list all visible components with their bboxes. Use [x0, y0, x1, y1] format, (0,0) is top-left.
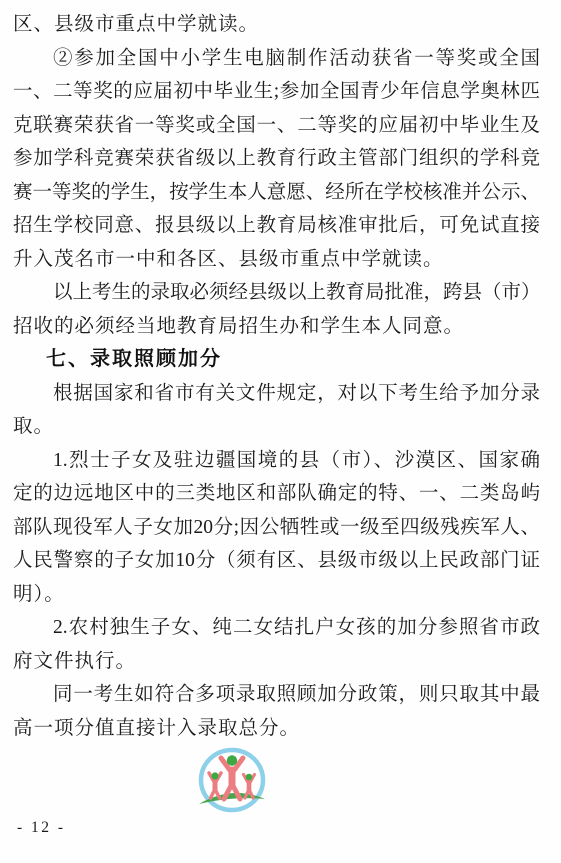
text-line: 赛一等奖的学生，按学生本人意愿、经所在学校核准并公示、: [13, 176, 540, 210]
text-line: 明）。: [13, 578, 540, 612]
text-line: 区、县级市重点中学就读。: [13, 8, 540, 42]
text-line: 1.烈士子女及驻边疆国境的县（市）、沙漠区、国家确: [13, 444, 540, 478]
text-line: 2.农村独生子女、纯二女结扎户女孩的加分参照省市政: [13, 611, 540, 645]
text-line: 升入茂名市一中和各区、县级市重点中学就读。: [13, 243, 540, 277]
text-line: 参加学科竞赛荣获省级以上教育行政主管部门组织的学科竞: [13, 142, 540, 176]
document-page: 区、县级市重点中学就读。②参加全国中小学生电脑制作活动获省一等奖或全国一、二等奖…: [0, 0, 561, 863]
section-heading: 七、录取照顾加分: [13, 343, 540, 377]
text-line: 一、二等奖的应届初中毕业生;参加全国青少年信息学奥林匹: [13, 75, 540, 109]
text-line: 克联赛荣获省一等奖或全国一、二等奖的应届初中毕业生及: [13, 109, 540, 143]
text-line: 以上考生的录取必须经县级以上教育局批准，跨县（市）: [13, 276, 540, 310]
text-line: 部队现役军人子女加20分;因公牺牲或一级至四级残疾军人、: [13, 511, 540, 545]
text-line: 同一考生如符合多项录取照顾加分政策，则只取其中最: [13, 678, 540, 712]
text-line: 人民警察的子女加10分（须有区、县级市级以上民政部门证: [13, 544, 540, 578]
children-figures-logo-icon: [196, 747, 268, 817]
school-logo: [196, 747, 268, 817]
text-line: 根据国家和省市有关文件规定，对以下考生给予加分录: [13, 377, 540, 411]
text-line: 招收的必须经当地教育局招生办和学生本人同意。: [13, 310, 540, 344]
text-line: 定的边远地区中的三类地区和部队确定的特、一、二类岛屿: [13, 477, 540, 511]
text-body: 区、县级市重点中学就读。②参加全国中小学生电脑制作活动获省一等奖或全国一、二等奖…: [13, 8, 540, 745]
text-line: 府文件执行。: [13, 645, 540, 679]
text-line: 招生学校同意、报县级以上教育局核准审批后，可免试直接: [13, 209, 540, 243]
text-line: ②参加全国中小学生电脑制作活动获省一等奖或全国: [13, 42, 540, 76]
text-line: 取。: [13, 410, 540, 444]
text-line: 高一项分值直接计入录取总分。: [13, 712, 540, 746]
page-number: - 12 -: [17, 819, 66, 837]
